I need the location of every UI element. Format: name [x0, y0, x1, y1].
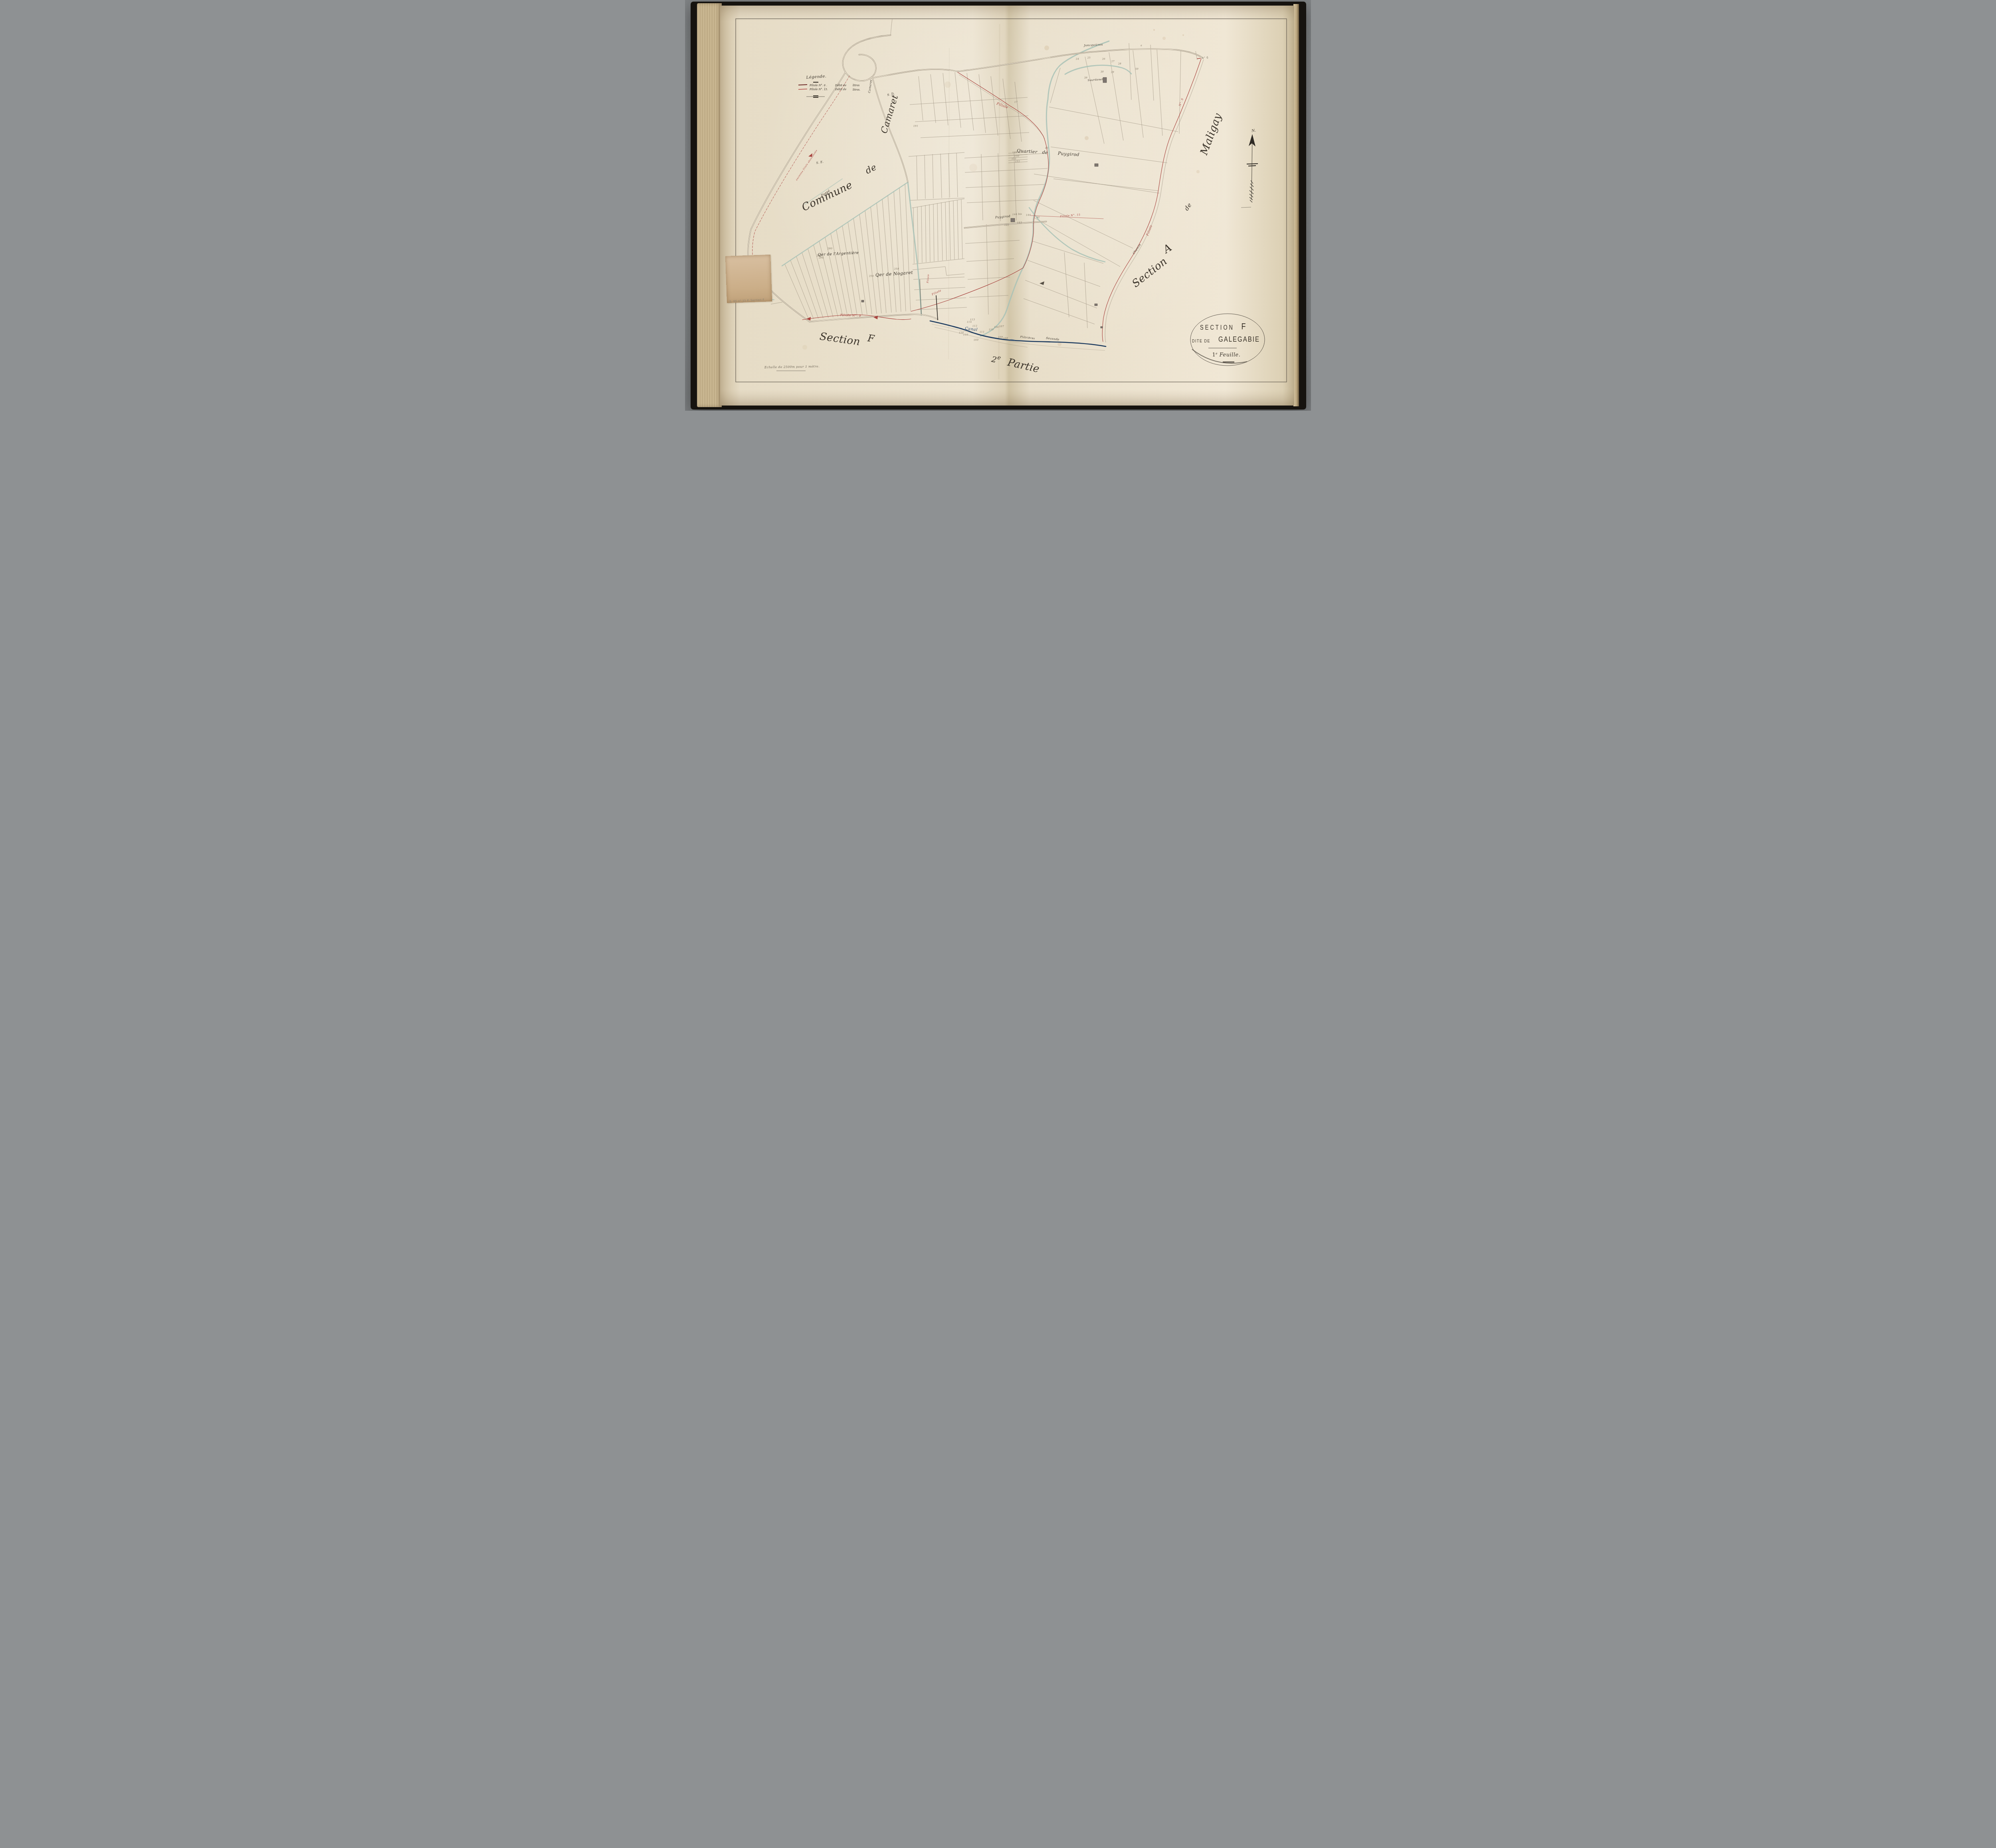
paper-repair-patch [725, 255, 772, 303]
page-stack-edge [697, 3, 722, 407]
open-map-spread [720, 6, 1294, 406]
page-edge-right [1293, 4, 1299, 406]
photo-of-atlas: 1491501511524317191144 bis14414314291242… [685, 0, 1311, 411]
